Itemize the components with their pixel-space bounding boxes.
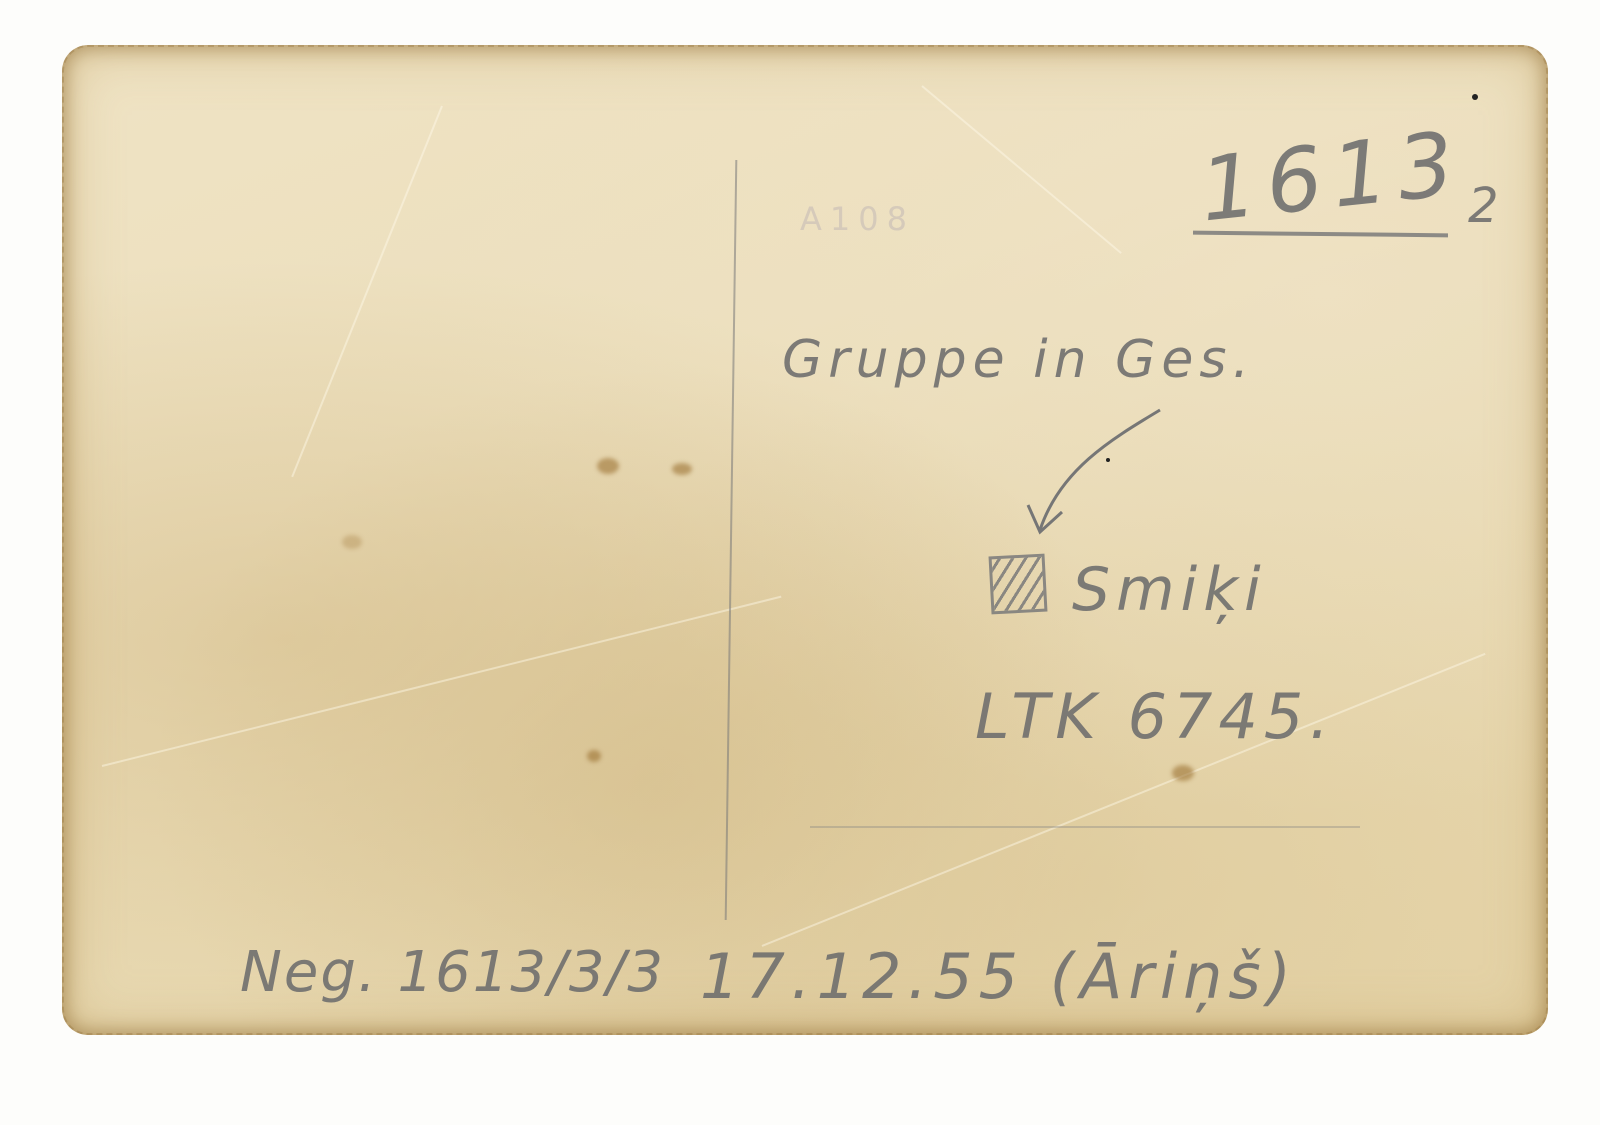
- paper-crease: [921, 85, 1121, 254]
- date-author: 17.12.55 (Āriņš): [700, 940, 1297, 1013]
- stain: [597, 458, 619, 474]
- faint-stamp: A108: [800, 200, 915, 238]
- ink-dot: [1472, 94, 1478, 100]
- archive-code: LTK 6745.: [975, 680, 1335, 753]
- negative-number: Neg. 1613/3/3: [240, 940, 665, 1005]
- arrow-icon: [1020, 400, 1170, 550]
- catalog-suffix: 2: [1468, 178, 1503, 234]
- stain: [1172, 765, 1194, 781]
- stain: [672, 463, 692, 475]
- person-name: Smiķi: [1072, 555, 1267, 625]
- paper-crease: [291, 106, 443, 478]
- stain: [342, 535, 362, 549]
- address-line: [810, 826, 1360, 828]
- paper-crease: [102, 596, 782, 767]
- caption-text: Gruppe in Ges.: [782, 330, 1255, 390]
- hatched-marker-icon: [989, 554, 1048, 615]
- stain: [587, 750, 601, 762]
